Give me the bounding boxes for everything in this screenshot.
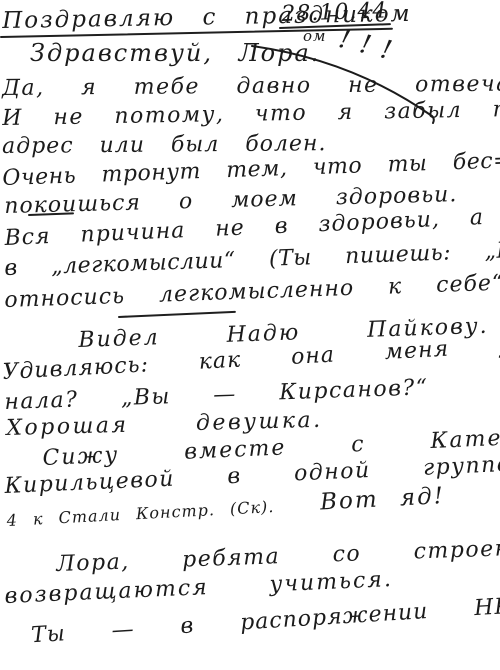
exclamation-phrase-text: Вот яд!: [319, 483, 445, 516]
letter-line-salutation: Здравствуй, Лора.: [30, 40, 320, 66]
letter-line: И не потому, что я забыл твой: [2, 96, 500, 132]
letter-line: Да, я тебе давно не отвечал.: [2, 71, 500, 102]
course-abbreviation-text: 4 к Стали Констр. (Ск).: [6, 497, 275, 530]
handwritten-letter-page: Поздравляю с праздником 28.10.44 ом !!! …: [0, 0, 500, 670]
underline-stroke-emphasis: [118, 311, 236, 318]
